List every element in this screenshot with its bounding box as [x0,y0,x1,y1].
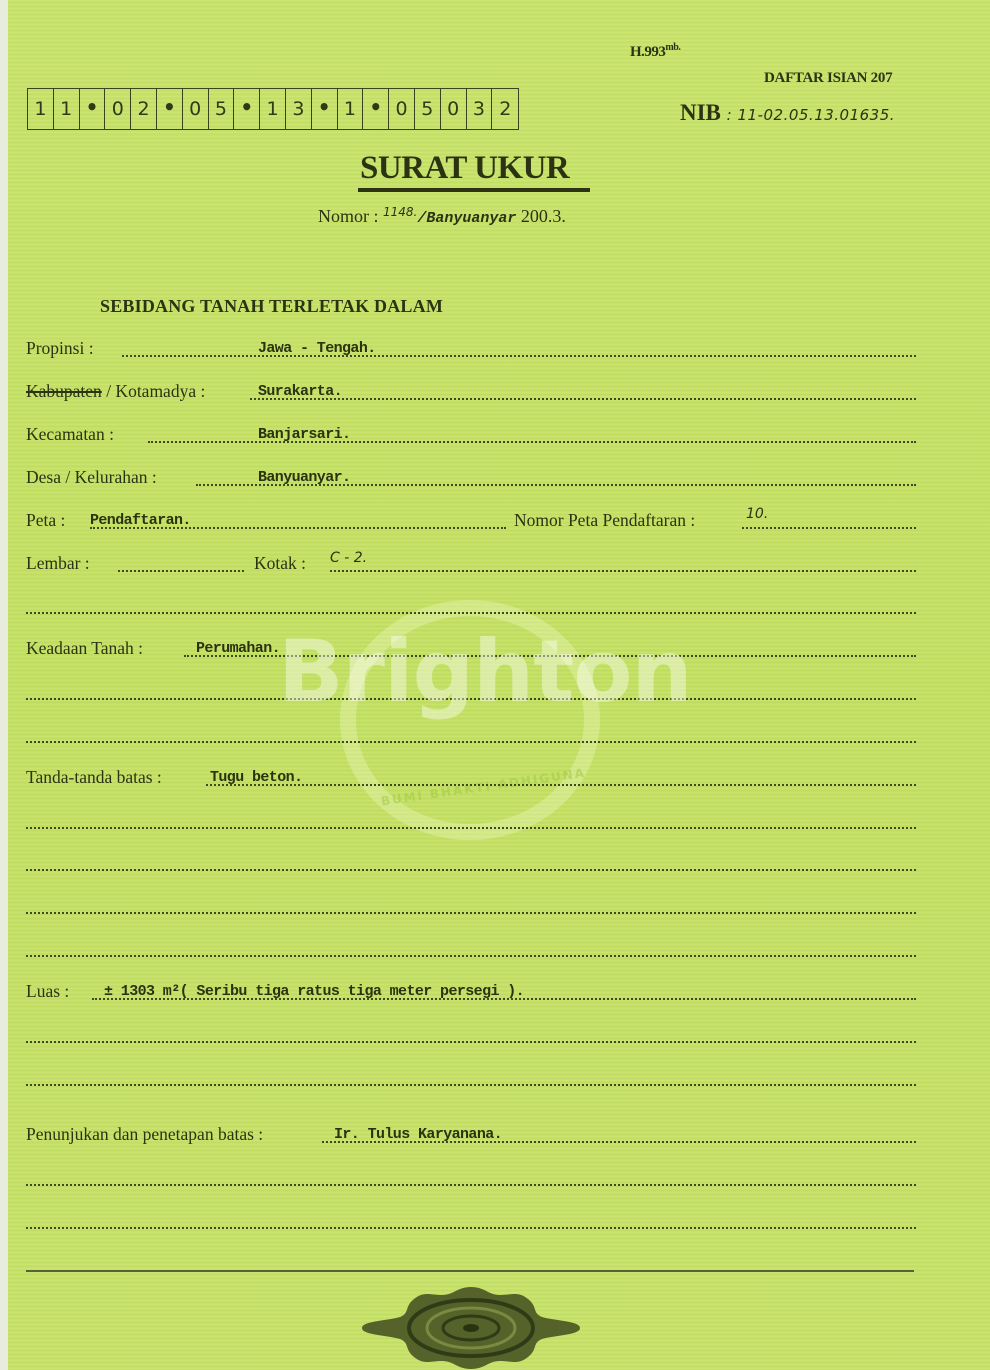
document-title: SURAT UKUR [360,150,569,187]
nib-row: NIB : 11-02.05.13.01635. [680,100,895,126]
nib-value: : 11-02.05.13.01635. [727,106,895,124]
code-box-cell: 1 [54,89,80,129]
code-box-cell: 1 [338,89,364,129]
code-box-cell: 0 [105,89,131,129]
brighton-watermark: Brighton [278,622,692,722]
code-box-cell: • [157,89,183,129]
dotted-line [26,1041,916,1043]
dotted-line [118,570,244,572]
reference-number: H.993mb. [630,42,680,61]
guilloche-rosette-icon [360,1285,582,1370]
kotak-label: Kotak : [254,553,306,574]
code-box-cell: 5 [415,89,441,129]
propinsi-value: Jawa - Tengah. [258,340,376,357]
keadaan-tanah-value: Perumahan. [196,640,280,657]
nomor-number: 1148. [383,205,417,219]
dotted-line [26,827,916,829]
dotted-line [26,869,916,871]
tanda-batas-value: Tugu beton. [210,769,302,786]
section-heading: SEBIDANG TANAH TERLETAK DALAM [100,296,443,317]
dotted-line [742,527,916,529]
propinsi-label: Propinsi : [26,338,94,359]
dotted-line [250,398,916,400]
code-box-cell: 2 [131,89,157,129]
title-underline [358,188,590,192]
kotak-value: C - 2. [330,550,367,566]
dotted-line [26,1084,916,1086]
peta-value: Pendaftaran. [90,512,191,529]
nib-label: NIB [680,100,721,125]
luas-label: Luas : [26,981,69,1002]
code-box-cell: 1 [28,89,54,129]
keadaan-tanah-label: Keadaan Tanah : [26,638,143,659]
code-box-cell: 1 [260,89,286,129]
code-box-cell: 0 [389,89,415,129]
dotted-line [330,570,916,572]
dotted-line [206,784,916,786]
code-box-cell: 0 [441,89,467,129]
nomor-peta-value: 10. [746,506,768,522]
penunjukan-label: Penunjukan dan penetapan batas : [26,1124,263,1145]
code-box-cell: 2 [492,89,518,129]
code-box-cell: 5 [209,89,235,129]
parcel-code-boxes: 11•02•05•13•1•05032 [27,88,519,130]
luas-value: ± 1303 m²( Seribu tiga ratus tiga meter … [104,983,524,1000]
penunjukan-value: Ir. Tulus Karyanana. [334,1126,502,1143]
code-box-cell: • [312,89,338,129]
dotted-line [26,912,916,914]
lembar-label: Lembar : [26,553,90,574]
nomor-peta-label: Nomor Peta Pendaftaran : [514,510,695,531]
kabupaten-value: Surakarta. [258,383,342,400]
closing-rule [26,1270,914,1272]
dotted-line [26,1227,916,1229]
code-box-cell: • [80,89,106,129]
kabupaten-label: Kabupaten / Kotamadya : [26,381,205,402]
dotted-line [26,1184,916,1186]
dotted-line [122,355,916,357]
dotted-line [26,955,916,957]
nomor-year: 200.3. [521,206,566,226]
nomor-label: Nomor : [318,206,379,226]
code-box-cell: • [363,89,389,129]
desa-label: Desa / Kelurahan : [26,467,157,488]
kecamatan-label: Kecamatan : [26,424,114,445]
tanda-batas-label: Tanda-tanda batas : [26,767,162,788]
dotted-line [26,612,916,614]
dotted-line [26,741,916,743]
code-box-cell: 3 [467,89,493,129]
nomor-place: /Banyuanyar [417,210,516,227]
nomor-row: Nomor : 1148./Banyuanyar 200.3. [318,205,566,227]
code-box-cell: 3 [286,89,312,129]
peta-label: Peta : [26,510,65,531]
desa-value: Banyuanyar. [258,469,350,486]
kecamatan-value: Banjarsari. [258,426,350,443]
code-box-cell: 0 [183,89,209,129]
page-left-edge [0,0,8,1370]
form-name: DAFTAR ISIAN 207 [764,70,892,87]
code-box-cell: • [234,89,260,129]
